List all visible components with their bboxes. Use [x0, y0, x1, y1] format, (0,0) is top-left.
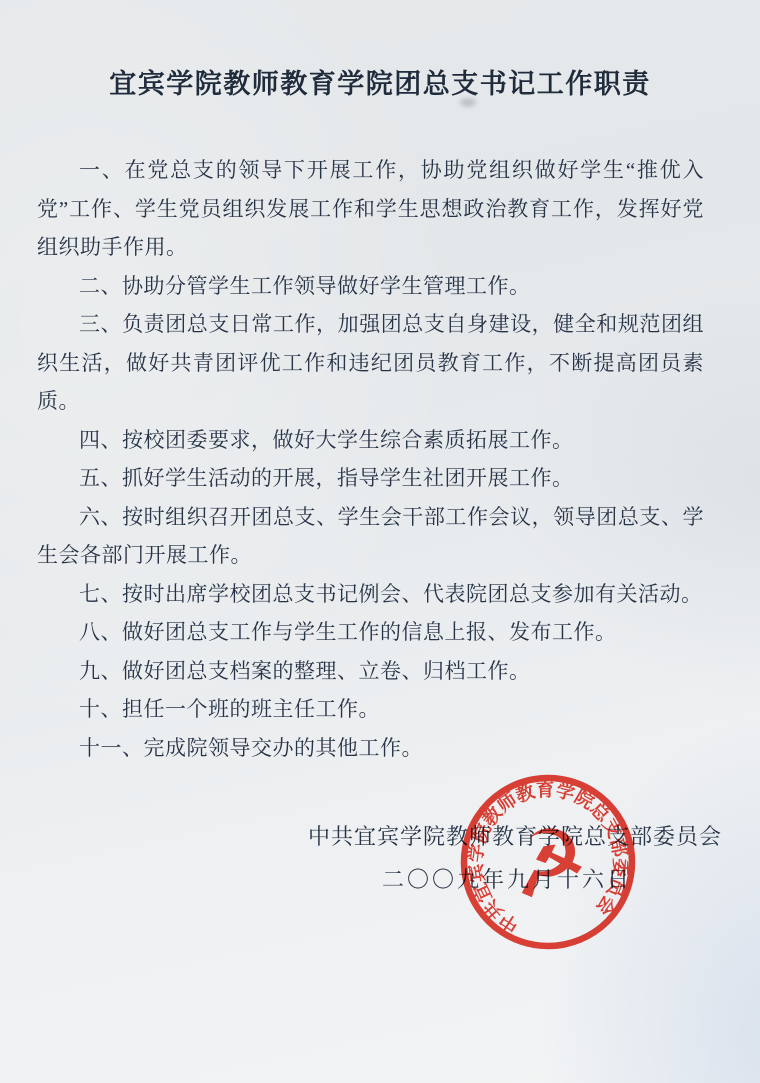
paragraph: 一、在党总支的领导下开展工作，协助党组织做好学生“推优入党”工作、学生党员组织发… [37, 151, 704, 267]
paragraph: 十一、完成院领导交办的其他工作。 [37, 729, 704, 768]
paragraph: 十、担任一个班的班主任工作。 [37, 690, 704, 729]
paragraph: 四、按校团委要求，做好大学生综合素质拓展工作。 [37, 421, 704, 460]
scan-smudge [460, 98, 476, 107]
document-page: 宜宾学院教师教育学院团总支书记工作职责 一、在党总支的领导下开展工作，协助党组织… [0, 0, 760, 1083]
official-seal: 中共宜宾学院教师教育学院总支部委员会 ☭ [457, 771, 639, 953]
paragraph: 六、按时组织召开团总支、学生会干部工作会议，领导团总支、学生会各部门开展工作。 [37, 498, 704, 575]
paragraph: 七、按时出席学校团总支书记例会、代表院团总支参加有关活动。 [37, 575, 704, 614]
paragraph: 三、负责团总支日常工作，加强团总支自身建设，健全和规范团组织生活，做好共青团评优… [37, 305, 704, 421]
paragraph: 二、协助分管学生工作领导做好学生管理工作。 [37, 267, 704, 306]
hammer-sickle-icon: ☭ [499, 804, 598, 921]
signature-line: 中共宜宾学院教师教育学院总支部委员会 [0, 820, 760, 851]
document-body: 一、在党总支的领导下开展工作，协助党组织做好学生“推优入党”工作、学生党员组织发… [37, 151, 704, 767]
document-title: 宜宾学院教师教育学院团总支书记工作职责 [0, 62, 760, 101]
date-line: 二〇〇九年九月十六日 [0, 863, 760, 894]
paragraph: 五、抓好学生活动的开展，指导学生社团开展工作。 [37, 459, 704, 498]
paragraph: 九、做好团总支档案的整理、立卷、归档工作。 [37, 652, 704, 691]
paragraph: 八、做好团总支工作与学生工作的信息上报、发布工作。 [37, 613, 704, 652]
